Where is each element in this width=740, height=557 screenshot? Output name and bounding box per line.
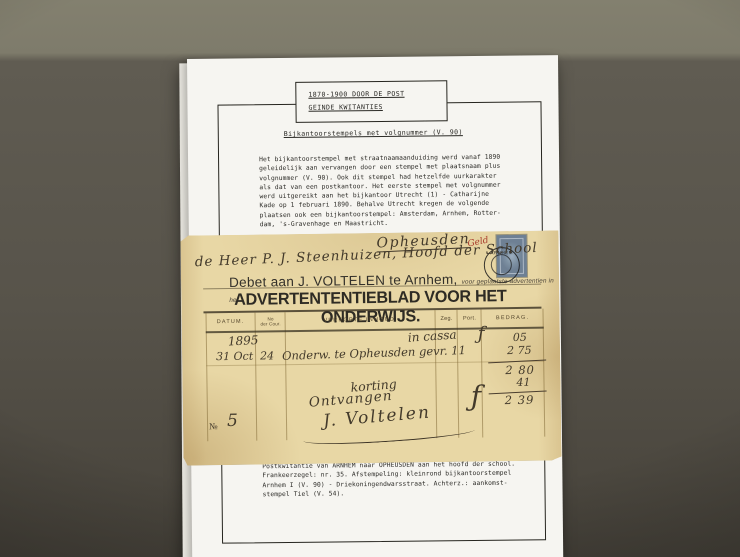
number-sign: № [209, 421, 218, 431]
title-line-2: GEINDE KWITANTIES [308, 100, 446, 114]
entry-amount-cassa: 05 [513, 331, 527, 344]
receipt-document: Opheusden Geld ARNHEM de Heer P. J. Stee… [180, 230, 561, 465]
entry-total: 2 39 [505, 393, 535, 407]
description-paragraph: Het bijkantoorstempel met straatnaamaand… [259, 153, 500, 230]
entry-courant-no: 24 [260, 349, 274, 362]
guilder-sign-total: ƒ [470, 379, 481, 412]
entry-amount-row: 2 75 [507, 344, 532, 357]
exhibit-caption: Postkwitantie van ARNHEM naar OPHEUSDEN … [262, 460, 512, 500]
title-box: 1870-1900 DOOR DE POST GEINDE KWITANTIES [295, 80, 447, 123]
header-datum: DATUM. [206, 319, 256, 326]
header-no-line2: der Cour. [256, 321, 286, 326]
entry-date: 31 Oct [216, 350, 253, 364]
number-value: 5 [227, 411, 238, 431]
header-port: Port. [458, 315, 482, 321]
photo-backdrop: 1870-1900 DOOR DE POST GEINDE KWITANTIES… [0, 0, 740, 557]
header-zegel: Zeg. [436, 316, 458, 322]
entry-korting-amount: 41 [516, 376, 530, 389]
header-courant-no: No der Cour. [256, 316, 286, 326]
guilder-sign: ƒ [478, 323, 485, 344]
header-bedrag: BEDRAG. [482, 315, 544, 322]
entry-year: 1895 [228, 333, 259, 348]
header-inhoud: VERKORTE INHOUD. [286, 316, 436, 324]
